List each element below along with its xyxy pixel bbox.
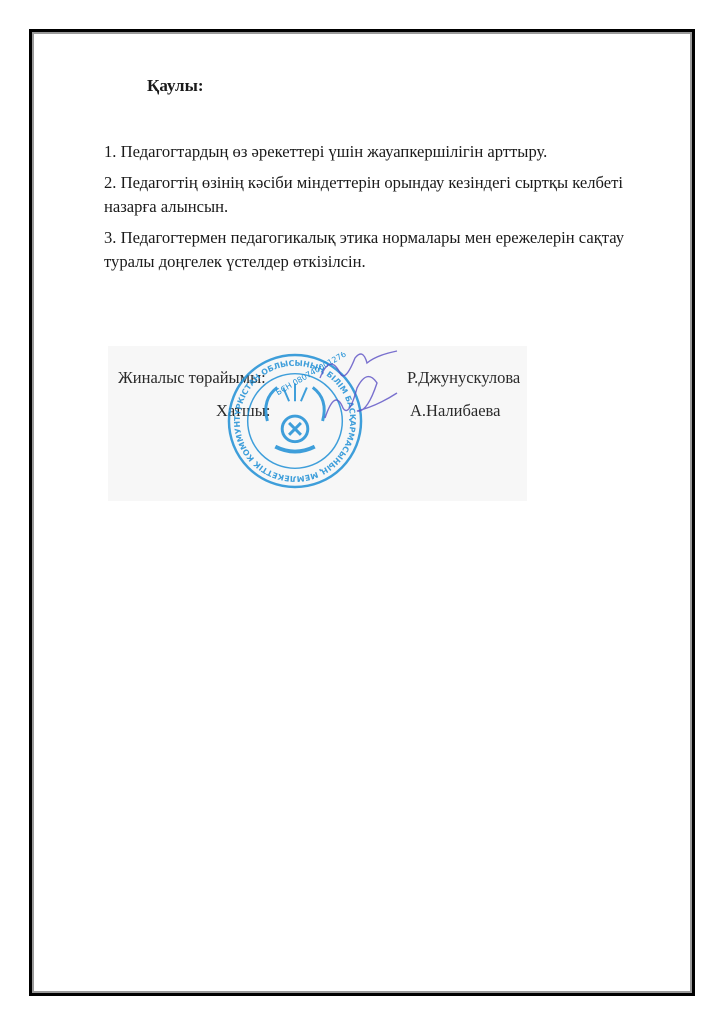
chair-name: Р.Джунускулова: [407, 368, 520, 388]
resolution-item-1: 1. Педагогтардың өз әрекеттері үшін жауа…: [104, 140, 649, 164]
secretary-name: А.Налибаева: [410, 401, 500, 421]
resolution-list: 1. Педагогтардың өз әрекеттері үшін жауа…: [104, 140, 649, 281]
resolution-item-2: 2. Педагогтің өзінің кәсіби міндеттерін …: [104, 171, 649, 219]
resolution-item-3: 3. Педагогтермен педагогикалық этика нор…: [104, 226, 649, 274]
signature-scribble: [300, 348, 420, 428]
resolution-heading: Қаулы:: [147, 76, 204, 96]
